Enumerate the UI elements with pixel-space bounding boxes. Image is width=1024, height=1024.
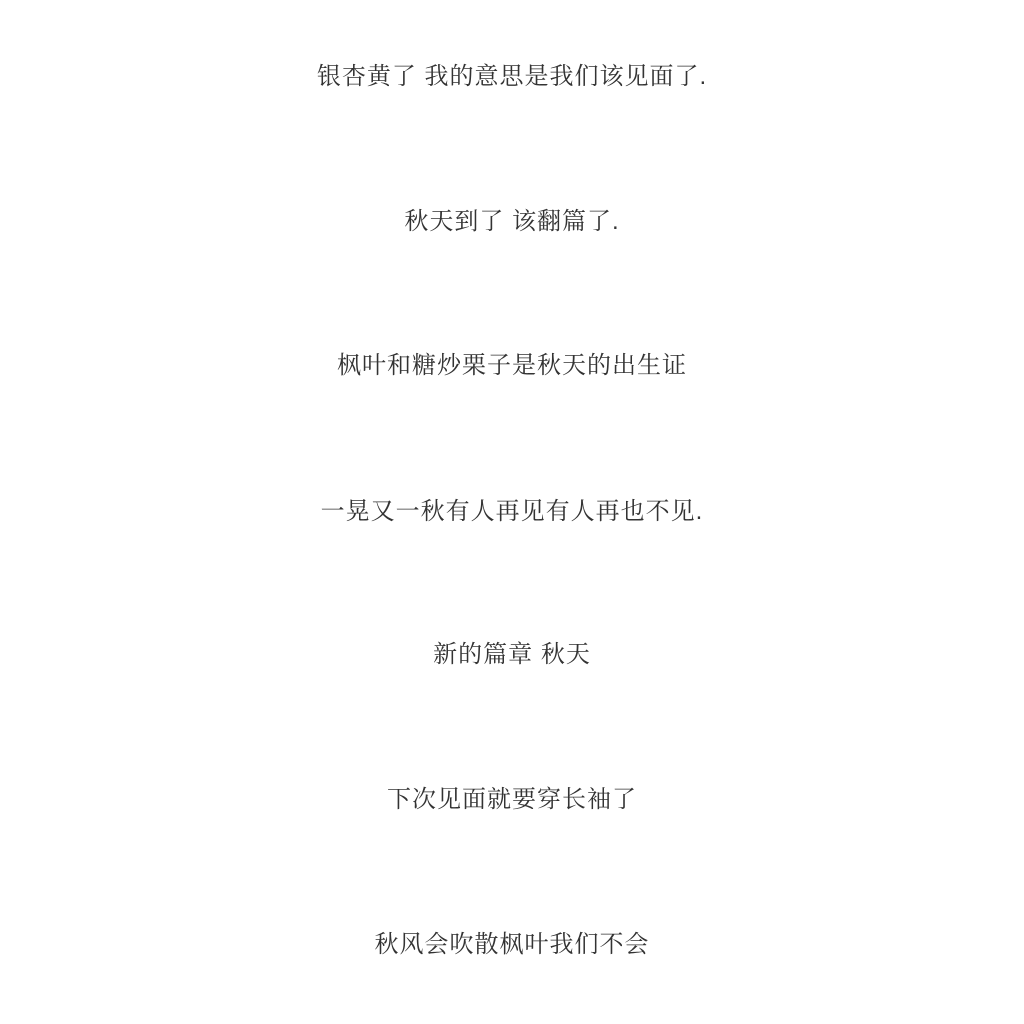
- caption-line-2: 秋天到了 该翻篇了.: [0, 207, 1024, 237]
- caption-line-6: 下次见面就要穿长袖了: [0, 785, 1024, 815]
- caption-line-4: 一晃又一秋有人再见有人再也不见.: [0, 497, 1024, 527]
- text-page: 银杏黄了 我的意思是我们该见面了. 秋天到了 该翻篇了. 枫叶和糖炒栗子是秋天的…: [0, 0, 1024, 1024]
- caption-line-7: 秋风会吹散枫叶我们不会: [0, 930, 1024, 960]
- caption-line-5: 新的篇章 秋天: [0, 640, 1024, 670]
- caption-line-3: 枫叶和糖炒栗子是秋天的出生证: [0, 351, 1024, 381]
- caption-line-1: 银杏黄了 我的意思是我们该见面了.: [0, 62, 1024, 92]
